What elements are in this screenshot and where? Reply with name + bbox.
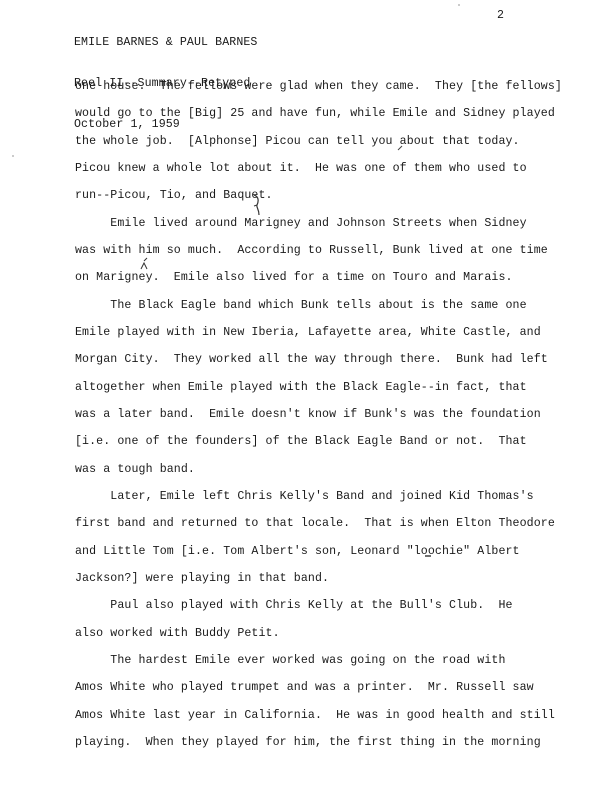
text-line: The Black Eagle band which Bunk tells ab… — [75, 299, 527, 313]
handwritten-caret-icon — [139, 257, 149, 271]
text-line: Paul also played with Chris Kelly at the… — [75, 599, 513, 613]
text-line: would go to the [Big] 25 and have fun, w… — [75, 107, 555, 121]
text-line: also worked with Buddy Petit. — [75, 627, 280, 641]
text-line: altogether when Emile played with the Bl… — [75, 381, 527, 395]
header-title: EMILE BARNES & PAUL BARNES — [74, 36, 258, 50]
text-line: first band and returned to that locale. … — [75, 517, 555, 531]
page-number: 2 — [497, 9, 504, 23]
text-line: and Little Tom [i.e. Tom Albert's son, L… — [75, 545, 520, 559]
text-line: one house. The fellows were glad when th… — [75, 80, 562, 94]
text-line: was with him so much. According to Russe… — [75, 244, 548, 258]
text-line: Picou knew a whole lot about it. He was … — [75, 162, 527, 176]
text-line: was a later band. Emile doesn't know if … — [75, 408, 541, 422]
scan-speck — [458, 4, 460, 6]
handwritten-dash-icon — [424, 554, 432, 558]
text-line: Amos White last year in California. He w… — [75, 709, 555, 723]
text-line: Emile lived around Marigney and Johnson … — [75, 217, 527, 231]
text-line: run--Picou, Tio, and Baquet. — [75, 189, 273, 203]
text-line: playing. When they played for him, the f… — [75, 736, 541, 750]
document-page: EMILE BARNES & PAUL BARNES Reel II--Summ… — [0, 0, 612, 792]
text-line: Emile played with in New Iberia, Lafayet… — [75, 326, 541, 340]
handwritten-tick-icon — [397, 145, 403, 151]
scan-speck — [12, 155, 14, 157]
text-line: on Marigney. Emile also lived for a time… — [75, 271, 513, 285]
text-line: Later, Emile left Chris Kelly's Band and… — [75, 490, 534, 504]
text-line: Jackson?] were playing in that band. — [75, 572, 329, 586]
text-line: The hardest Emile ever worked was going … — [75, 654, 506, 668]
text-line: the whole job. [Alphonse] Picou can tell… — [75, 135, 520, 149]
text-line: [i.e. one of the founders] of the Black … — [75, 435, 527, 449]
text-line: Morgan City. They worked all the way thr… — [75, 353, 548, 367]
text-line: was a tough band. — [75, 463, 195, 477]
handwritten-brace-icon — [250, 193, 264, 217]
text-line: Amos White who played trumpet and was a … — [75, 681, 534, 695]
